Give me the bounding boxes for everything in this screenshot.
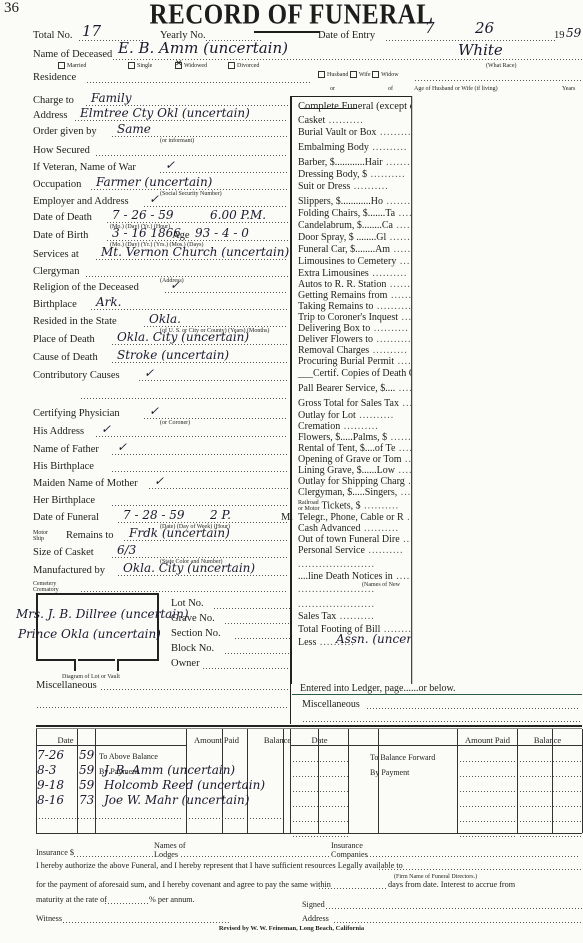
- date-of-entry-day[interactable]: 26: [475, 21, 494, 36]
- charge-row-line-death-notices-in[interactable]: ....line Death Notices in ..........: [298, 571, 412, 582]
- field-date-of-death-value-2[interactable]: 6.00 P.M.: [210, 209, 266, 221]
- husband-checkbox[interactable]: [318, 71, 325, 78]
- field-if-veteran-name-of-war-label: If Veteran, Name of War: [33, 163, 136, 174]
- per-annum-text: % per annum.: [149, 896, 195, 904]
- field-charge-to-label: Charge to: [33, 96, 74, 107]
- charge-row-burial-vault-or-box[interactable]: Burial Vault or Box ..........: [298, 127, 412, 138]
- charge-row-flowers-palms[interactable]: Flowers, $.....Palms, $ ..........: [298, 432, 412, 443]
- residence-label: Residence: [33, 73, 76, 84]
- total-no-label: Total No.: [33, 31, 73, 42]
- field-remains-to-prefix: Motor Ship: [33, 530, 48, 543]
- field-place-of-death-label: Place of Death: [33, 335, 95, 346]
- field-place-of-death-value[interactable]: Okla. City (uncertain): [117, 331, 249, 343]
- field-certifying-physician-value[interactable]: ✓: [149, 405, 159, 417]
- charge-row-cremation[interactable]: Cremation ..........: [298, 421, 379, 432]
- ledger-date[interactable]: 9-18: [37, 779, 64, 791]
- field-cause-of-death-label: Cause of Death: [33, 353, 98, 364]
- field-remains-to-value[interactable]: Frdk (uncertain): [129, 527, 230, 539]
- charge-row-clergyman-singers[interactable]: Clergyman, $.....Singers, ..........: [298, 487, 412, 498]
- charge-row-pall-bearer-service[interactable]: Pall Bearer Service, $.... ..........: [298, 383, 412, 394]
- title-underline: [254, 31, 320, 33]
- charge-row-deliver-flowers-to[interactable]: Deliver Flowers to ..........: [298, 334, 412, 345]
- funeral-charges-panel: Complete Funeral (except ou ..........Ca…: [290, 96, 412, 684]
- ledger-date[interactable]: 8-16: [37, 794, 64, 806]
- field-services-at-label: Services at: [33, 250, 79, 261]
- firm-name-input[interactable]: [378, 869, 582, 870]
- field-date-of-funeral-value[interactable]: 7 - 28 - 59: [123, 509, 185, 521]
- field-order-given-by-caption: (or informant): [160, 138, 194, 144]
- charge-row-candelabrum-ca[interactable]: Candelabrum, $........Ca ..........: [298, 220, 412, 231]
- field-date-of-birth-value[interactable]: 3 - 16 1866: [112, 227, 181, 239]
- field-maiden-name-of-mother-label: Maiden Name of Mother: [33, 479, 138, 490]
- field-date-of-death-value[interactable]: 7 - 26 - 59: [112, 209, 174, 221]
- field-date-of-funeral-label: Date of Funeral: [33, 513, 99, 524]
- marital-widowed[interactable]: Widowed: [175, 62, 207, 69]
- lot-field-section-no: Section No.: [171, 629, 221, 640]
- lot-field-input[interactable]: [234, 638, 291, 639]
- ledger-header-amount-paid: Amount Paid: [186, 735, 247, 745]
- field-clergyman-label: Clergyman: [33, 267, 79, 278]
- field-if-veteran-name-of-war-value[interactable]: ✓: [165, 159, 175, 171]
- charge-row-rental-of-tent-of-te[interactable]: Rental of Tent, $....of Te ..........: [298, 443, 412, 454]
- ledger-year[interactable]: 59: [79, 764, 94, 776]
- field-her-birthplace-label: Her Birthplace: [33, 496, 95, 507]
- field-occupation-caption: (Social Security Number): [160, 191, 222, 197]
- charge-row-limousines-to-cemetery[interactable]: Limousines to Cemetery ..........: [298, 256, 412, 267]
- charge-row-extra-limousines[interactable]: Extra Limousines ..........: [298, 268, 407, 279]
- field-size-of-casket-value[interactable]: 6/3: [117, 544, 136, 556]
- date-year-prefix: 19: [554, 31, 565, 42]
- field-employer-and-address-value[interactable]: ✓: [149, 193, 159, 205]
- charge-row-out-of-town-funeral-dire[interactable]: Out of town Funeral Dire ..........: [298, 534, 412, 545]
- ledger-header-amount-paid: Amount Paid: [457, 735, 518, 745]
- insurance-input[interactable]: [73, 856, 153, 857]
- field-certifying-physician-caption: (or Coroner): [160, 420, 190, 426]
- lot-field-input[interactable]: [224, 623, 291, 624]
- ledger-desc[interactable]: J. B. Amm (uncertain): [104, 764, 235, 776]
- witness-input[interactable]: [62, 922, 230, 923]
- charge-row-gross-total-for-sales-tax[interactable]: Gross Total for Sales Tax ..........: [298, 398, 412, 409]
- lodges-input[interactable]: [180, 856, 330, 857]
- interest-rate-input[interactable]: [104, 903, 148, 904]
- charge-row-complete-funeral-except-ou[interactable]: Complete Funeral (except ou ..........: [298, 101, 412, 112]
- charge-row-opening-of-grave-or-tom[interactable]: Opening of Grave or Tom ..........: [298, 454, 412, 465]
- spouse-age-caption: Age of Husband or Wife (if living): [414, 86, 498, 92]
- less-value[interactable]: Assn. (uncertain): [336, 633, 412, 645]
- charge-row-blank-38[interactable]: ......................: [298, 559, 375, 570]
- charge-row-telegr-phone-cable-or-r[interactable]: Telegr., Phone, Cable or R ..........: [298, 512, 412, 523]
- field-cemetery-crematory-prefix: Cemetery Crematory: [33, 581, 59, 594]
- marital-divorced[interactable]: Divorced: [228, 62, 259, 69]
- charge-row-folding-chairs-ta[interactable]: Folding Chairs, $.......Ta ..........: [298, 208, 412, 219]
- entered-ledger-label: Entered into Ledger, page......or below.: [300, 684, 456, 694]
- misc-label: Miscellaneous: [36, 681, 97, 692]
- charge-row-outlay-for-lot[interactable]: Outlay for Lot ..........: [298, 410, 394, 421]
- lot-field-input[interactable]: [213, 608, 291, 609]
- charge-row-funeral-car-am[interactable]: Funeral Car, $........Am ..........: [298, 244, 412, 255]
- ledger-desc[interactable]: Joe W. Mahr (uncertain): [104, 794, 249, 806]
- signed-label: Signed: [302, 901, 325, 909]
- widowed-checkbox[interactable]: [175, 62, 182, 69]
- ledger-date[interactable]: 8-3: [37, 764, 56, 776]
- charge-row-sales-tax[interactable]: Sales Tax ..........: [298, 611, 375, 622]
- charge-row-delivering-box-to[interactable]: Delivering Box to ..........: [298, 323, 409, 334]
- authorize-text: I hereby authorize the above Funeral, an…: [36, 862, 403, 870]
- charge-row-getting-remains-from[interactable]: Getting Remains from ..........: [298, 290, 412, 301]
- insurance-companies-input[interactable]: [366, 856, 580, 857]
- field-employer-and-address-label: Employer and Address: [33, 197, 129, 208]
- diagram-note-2[interactable]: Prince Okla (uncertain): [18, 628, 161, 640]
- marital-single[interactable]: Single: [128, 62, 152, 69]
- ledger-year[interactable]: 73: [79, 794, 94, 806]
- charge-row-trip-to-coroner-s-inquest[interactable]: Trip to Coroner's Inquest ..........: [298, 312, 412, 323]
- field-order-given-by-label: Order given by: [33, 127, 97, 138]
- field-contributory-causes-label: Contributory Causes: [33, 371, 120, 382]
- total-no-value[interactable]: 17: [82, 24, 101, 39]
- deceased-name-value[interactable]: E. B. Amm (uncertain): [118, 41, 288, 56]
- charge-row-slippers-ho[interactable]: Slippers, $............Ho ..........: [298, 196, 412, 207]
- field-manufactured-by-value[interactable]: Okla. City (uncertain): [123, 562, 255, 574]
- date-of-entry-year[interactable]: 59: [566, 27, 581, 39]
- divorced-checkbox[interactable]: [228, 62, 235, 69]
- lot-field-input[interactable]: [224, 653, 291, 654]
- names-of-newspapers-caption: (Names of New: [362, 582, 400, 588]
- field-date-of-funeral-value-2[interactable]: 2 P.: [210, 509, 231, 521]
- charge-row-taking-remains-to[interactable]: Taking Remains to ..........: [298, 301, 412, 312]
- ledger-header-date: Date: [290, 735, 349, 745]
- field-occupation-value[interactable]: Farmer (uncertain): [96, 176, 212, 188]
- insurance-companies-label: Insurance Companies: [331, 841, 368, 859]
- field-manufactured-by-label: Manufactured by: [33, 566, 105, 577]
- field-religion-of-the-deceased-label: Religion of the Deceased: [33, 283, 139, 294]
- field-his-address-label: His Address: [33, 427, 84, 438]
- lot-field-lot-no: Lot No.: [171, 599, 204, 610]
- diagram-note-1[interactable]: Mrs. J. B. Dillree (uncertain): [16, 608, 189, 620]
- ledger-desc-print: To Above Balance: [99, 753, 158, 761]
- field-certifying-physician-label: Certifying Physician: [33, 409, 120, 420]
- field-resided-in-the-state-label: Resided in the State: [33, 317, 117, 328]
- ledger-right-desc: By Payment: [370, 769, 409, 777]
- field-size-of-casket-label: Size of Casket: [33, 548, 94, 559]
- charge-row-cash-advanced[interactable]: Cash Advanced ..........: [298, 523, 399, 534]
- insurance-label: Insurance $: [36, 849, 74, 857]
- field-cause-of-death-value[interactable]: Stroke (uncertain): [117, 349, 229, 361]
- field-his-address-value[interactable]: ✓: [101, 423, 111, 435]
- lot-field-block-no: Block No.: [171, 644, 214, 655]
- wife-checkbox[interactable]: [350, 71, 357, 78]
- widow-checkbox[interactable]: [372, 71, 379, 78]
- field-occupation-label: Occupation: [33, 180, 81, 191]
- charge-row-personal-service[interactable]: Personal Service ..........: [298, 545, 403, 556]
- spouse-options[interactable]: Husband Wife Widow: [318, 71, 399, 78]
- charge-row-embalming-body[interactable]: Embalming Body ..........: [298, 142, 407, 153]
- lot-field-grave-no: Grave No.: [171, 614, 215, 625]
- field-services-at-value[interactable]: Mt. Vernon Church (uncertain): [101, 246, 289, 258]
- signature-input[interactable]: [325, 908, 582, 909]
- revised-by-credit: Revised by W. W. Feineman, Long Beach, C…: [0, 926, 583, 933]
- charge-row-barber-hair[interactable]: Barber, $............Hair ..........: [298, 157, 412, 168]
- charge-row-procuring-burial-permit[interactable]: Procuring Burial Permit ..........: [298, 356, 412, 367]
- married-checkbox[interactable]: [58, 62, 65, 69]
- witness-label: Witness: [36, 915, 62, 923]
- charges-misc-label: Miscellaneous: [302, 700, 360, 710]
- ledger-header-date: Date: [36, 735, 95, 745]
- field-maiden-name-of-mother-value[interactable]: ✓: [154, 475, 164, 487]
- charge-row-casket[interactable]: Casket ..........: [298, 115, 364, 126]
- marital-married[interactable]: Married: [58, 62, 86, 69]
- date-of-entry-label: Date of Entry: [318, 31, 375, 42]
- payment-text: for the payment of aforesaid sum, and I …: [36, 881, 331, 889]
- charge-row-door-spray-gl[interactable]: Door Spray, $ ........Gl ..........: [298, 232, 412, 243]
- ledger-header-balance: Balance: [517, 735, 578, 745]
- ledger-year[interactable]: 59: [79, 779, 94, 791]
- charge-row-outlay-for-shipping-charg[interactable]: Outlay for Shipping Charg ..........: [298, 476, 412, 487]
- field-birthplace-label: Birthplace: [33, 300, 77, 311]
- maturity-text: maturity at the rate of: [36, 896, 107, 904]
- charge-row-tickets[interactable]: Railroad or MotorTickets, $ ..........: [298, 500, 399, 512]
- field-his-birthplace-label: His Birthplace: [33, 462, 94, 473]
- payment-text-2: days from date. Interest to accrue from: [388, 881, 515, 889]
- field-address-label: Address: [33, 111, 67, 122]
- days-input[interactable]: [318, 888, 386, 889]
- race-caption: (What Race): [486, 63, 516, 69]
- field-charge-to-value[interactable]: Family: [91, 92, 132, 104]
- field-address-value[interactable]: Elmtree Cty Okl (uncertain): [80, 107, 250, 119]
- field-how-secured-label: How Secured: [33, 146, 90, 157]
- field-date-of-birth-value-2[interactable]: 93 - 4 - 0: [195, 227, 249, 239]
- charge-row-blank-41[interactable]: ......................: [298, 599, 375, 610]
- field-contributory-causes-value[interactable]: ✓: [144, 367, 154, 379]
- lot-field-owner: Owner: [171, 659, 200, 670]
- single-checkbox[interactable]: [128, 62, 135, 69]
- ledger-date[interactable]: 7-26: [37, 749, 64, 761]
- field-date-of-death-label: Date of Death: [33, 213, 92, 224]
- charge-row-removal-charges[interactable]: Removal Charges ..........: [298, 345, 408, 356]
- field-birthplace-value[interactable]: Ark.: [96, 296, 122, 308]
- field-order-given-by-value[interactable]: Same: [117, 123, 151, 135]
- ledger-year[interactable]: 59: [79, 749, 94, 761]
- address-label: Address: [302, 915, 329, 923]
- charge-row-suit-or-dress[interactable]: Suit or Dress ..........: [298, 181, 389, 192]
- field-religion-of-the-deceased-value[interactable]: ✓: [170, 279, 180, 291]
- charge-row-lining-grave-low[interactable]: Lining Grave, $......Low ..........: [298, 465, 412, 476]
- address-input[interactable]: [333, 922, 582, 923]
- field-name-of-father-value[interactable]: ✓: [117, 441, 127, 453]
- lot-field-input[interactable]: [202, 668, 291, 669]
- ledger-desc[interactable]: Holcomb Reed (uncertain): [104, 779, 265, 791]
- race-value[interactable]: White: [458, 43, 503, 58]
- ledger-right-desc: To Balance Forward: [370, 754, 435, 762]
- field-resided-in-the-state-value[interactable]: Okla.: [149, 313, 181, 325]
- charge-row-certif-copies-of-death-c[interactable]: ___Certif. Copies of Death C ..........: [298, 368, 412, 379]
- field-date-of-birth-label: Date of Birth: [33, 231, 88, 242]
- deceased-name-label: Name of Deceased: [33, 50, 112, 61]
- field-name-of-father-label: Name of Father: [33, 445, 99, 456]
- charge-row-autos-to-r-r-station[interactable]: Autos to R. R. Station ..........: [298, 279, 412, 290]
- charge-row-dressing-body[interactable]: Dressing Body, $ ..........: [298, 169, 406, 180]
- date-of-entry-month[interactable]: 7: [425, 21, 435, 36]
- field-remains-to-label: Remains to: [66, 531, 114, 542]
